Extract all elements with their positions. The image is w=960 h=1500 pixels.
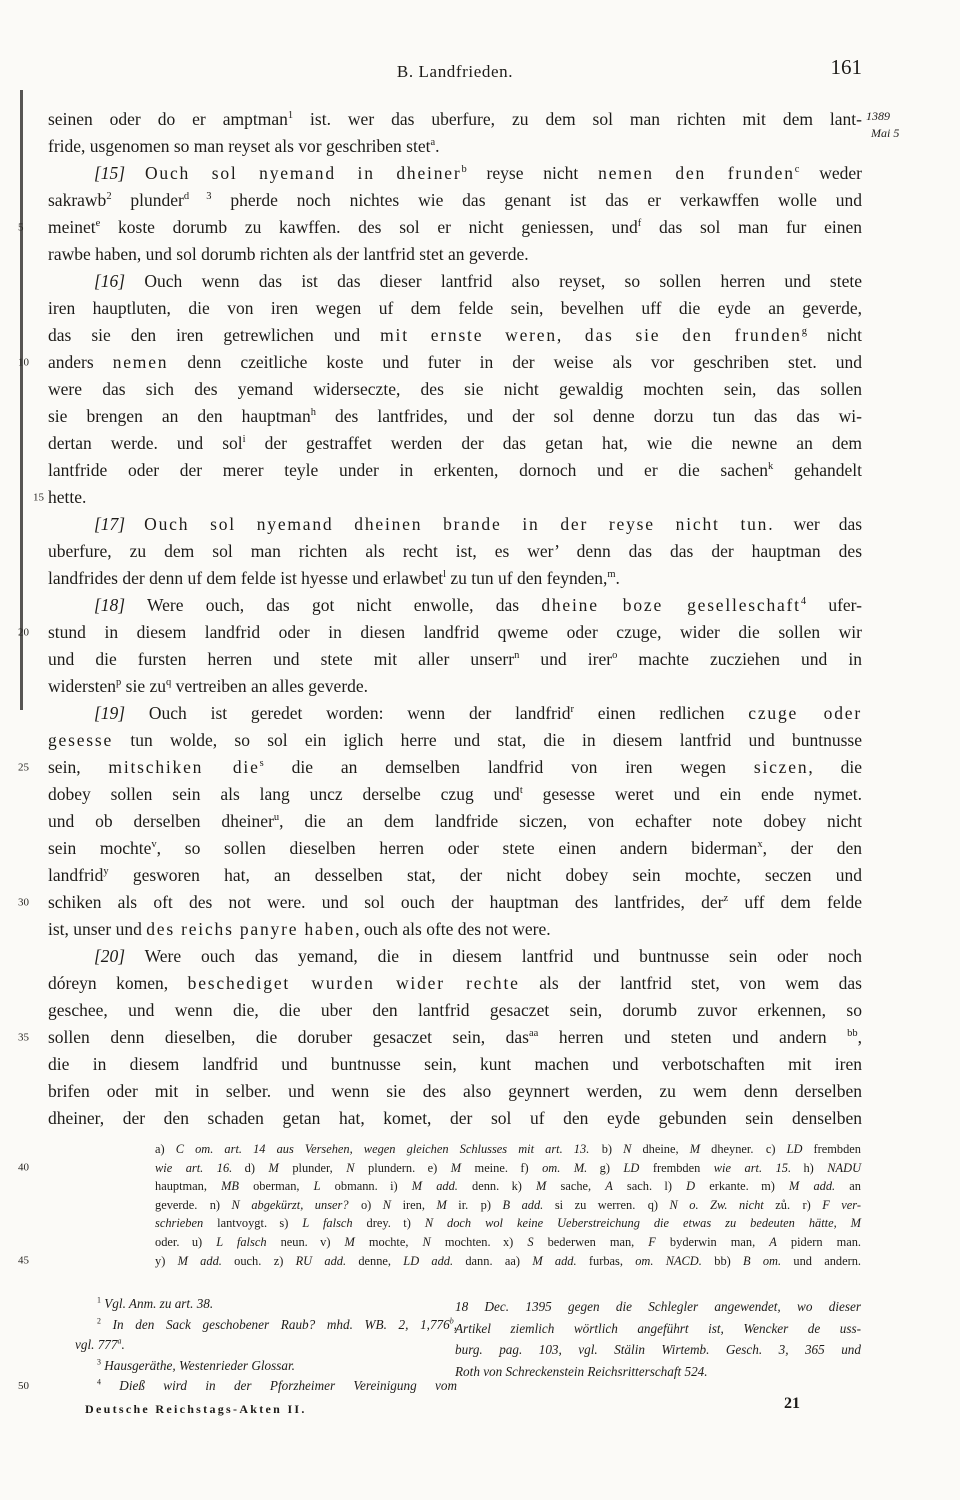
text-run: .	[121, 1337, 124, 1352]
text-run: LD	[787, 1142, 803, 1156]
text-run: des lantfrides, und der sol denne dorzu …	[316, 406, 862, 426]
text-run: o)	[349, 1198, 383, 1212]
text-run: Hausgeräthe, Westenrieder Glossar.	[101, 1358, 295, 1373]
text-run: sie brengen an den hauptman	[48, 406, 311, 426]
text-run: uberfure, zu dem sol man richten als rec…	[48, 541, 862, 561]
text-run: vertreiben an alles geverde.	[171, 676, 368, 696]
text-run: A	[769, 1235, 777, 1249]
text-run: der gestraffet werden der das getan hat,…	[246, 433, 862, 453]
text-run: ist. wer das uberfure, zu dem sol man ri…	[293, 109, 862, 129]
text-line: 10anders nemen denn czeitliche koste und…	[48, 349, 862, 376]
text-run: ir. p)	[447, 1198, 503, 1212]
text-line: oder. u) L falsch neun. v) M mochte, N m…	[155, 1233, 861, 1252]
text-run: mochten. x)	[431, 1235, 528, 1249]
text-run: nicht	[807, 325, 862, 345]
text-run: plundern. e)	[355, 1161, 451, 1175]
text-run: d)	[232, 1161, 268, 1175]
text-run: sein mochte	[48, 838, 151, 858]
text-run: Vgl. Anm. zu art. 38.	[101, 1296, 213, 1311]
series-signature: Deutsche Reichstags-Akten II.	[85, 1402, 307, 1417]
text-run: einen redlichen	[574, 703, 748, 723]
text-run: dertan werde. und sol	[48, 433, 243, 453]
text-run: a)	[155, 1142, 176, 1156]
text-run: [16]	[94, 271, 125, 291]
text-run: g)	[587, 1161, 623, 1175]
text-run: lantfride oder der merer teyle under in …	[48, 460, 768, 480]
text-run: und die fursten herren und stete mit all…	[48, 649, 514, 669]
text-line: brifen oder mit in selber. und wenn sie …	[48, 1078, 862, 1105]
text-run: mit ernste weren, das sie den frunden	[380, 325, 802, 345]
text-run: , ouch als ofte des not were.	[355, 919, 550, 939]
text-run: byderwin man,	[656, 1235, 769, 1249]
line-number: 45	[18, 1252, 44, 1271]
main-text: seinen oder do er amptman1 ist. wer das …	[48, 106, 862, 1132]
text-line: 2 In den Sack geschobener Raub? mhd. WB.…	[75, 1315, 457, 1336]
text-run: ,	[858, 1027, 862, 1047]
text-run: sakrawb	[48, 190, 106, 210]
text-run: L falsch	[302, 1216, 352, 1230]
text-run	[125, 163, 145, 183]
footnote-mark: aa	[529, 1028, 538, 1039]
text-line: landfrides der denn uf dem felde ist hye…	[48, 565, 862, 592]
line-number: 5	[18, 214, 44, 241]
text-run: frembden	[639, 1161, 713, 1175]
text-run: wie art. 16.	[155, 1161, 232, 1175]
text-run: als der lantfrid stet, von wem das	[520, 973, 862, 993]
text-run: sie zu	[121, 676, 166, 696]
line-number: 30	[18, 889, 44, 916]
text-run: wer das	[774, 514, 862, 534]
text-line: und die fursten herren und stete mit all…	[48, 646, 862, 673]
text-run: schiken als oft des not were. und sol ou…	[48, 892, 723, 912]
text-run: brifen oder mit in selber. und wenn sie …	[48, 1081, 862, 1101]
text-line: uberfure, zu dem sol man richten als rec…	[48, 538, 862, 565]
text-line: sakrawb2 plunderd 3 pherde noch nichtes …	[48, 187, 862, 214]
line-number: 20	[18, 619, 44, 646]
text-run: frembden	[802, 1142, 861, 1156]
text-run: drey. t)	[353, 1216, 425, 1230]
text-run: zu tun uf den feynden,	[446, 568, 607, 588]
text-run: pidern man.	[777, 1235, 861, 1249]
text-run: M	[451, 1161, 461, 1175]
footnotes-left-column: 1 Vgl. Anm. zu art. 38.2 In den Sack ges…	[75, 1294, 457, 1397]
text-line: seinen oder do er amptman1 ist. wer das …	[48, 106, 862, 133]
text-line: sein mochtev, so sollen dieselben herren…	[48, 835, 862, 862]
text-line: Artikel ziemlich wörtlich angeführt ist,…	[455, 1318, 861, 1340]
text-line: die in diesem landfrid und buntnusse sei…	[48, 1051, 862, 1078]
text-run: M add.	[789, 1179, 835, 1193]
text-run: si zu werren. q)	[543, 1198, 669, 1212]
text-run: die an demselben landfrid von iren wegen	[264, 757, 754, 777]
text-run: ist, unser und	[48, 919, 146, 939]
text-run: Ouch wenn das ist das dieser lantfrid al…	[125, 271, 862, 291]
text-run: fride, usgenomen so man reyset als vor g…	[48, 136, 430, 156]
text-run: dheine boze geselleschaft	[541, 595, 801, 615]
text-run: Were ouch das yemand, die in diesem lant…	[125, 946, 862, 966]
text-run: gesesse weret und ein ende nymet.	[523, 784, 862, 804]
text-line: 30schiken als oft des not were. und sol …	[48, 889, 862, 916]
running-title: B. Landfrieden.	[48, 62, 862, 82]
text-run: tun wolde, so sol ein iglich herre und s…	[113, 730, 862, 750]
text-run: B add.	[503, 1198, 544, 1212]
text-run: In den Sack geschobener Raub? mhd. WB. 2…	[101, 1317, 450, 1332]
text-run: furbas,	[577, 1254, 636, 1268]
text-run: M	[536, 1179, 546, 1193]
text-run: die in diesem landfrid und buntnusse sei…	[48, 1054, 862, 1074]
text-line: 40wie art. 16. d) M plunder, N plundern.…	[155, 1159, 861, 1178]
text-line: 1 Vgl. Anm. zu art. 38.	[75, 1294, 457, 1315]
text-run: anders	[48, 352, 113, 372]
text-run: M add.	[412, 1179, 458, 1193]
text-line: 3 Hausgeräthe, Westenrieder Glossar.	[75, 1356, 457, 1377]
text-run: plunder	[112, 190, 184, 210]
text-run: vgl. 777	[75, 1337, 118, 1352]
text-run: LD add.	[403, 1254, 453, 1268]
text-run: N	[383, 1198, 391, 1212]
text-run: stund in diesem landfrid oder in diesen …	[48, 622, 862, 642]
footnote-mark: bb	[847, 1028, 858, 1039]
text-run: machte zucziehen und in	[617, 649, 862, 669]
text-run: ufer-	[806, 595, 862, 615]
text-line: [17] Ouch sol nyemand dheinen brande in …	[48, 511, 862, 538]
text-run: M	[268, 1161, 278, 1175]
text-line: 35sollen denn dieselben, die doruber ges…	[48, 1024, 862, 1051]
text-run: N	[346, 1161, 354, 1175]
text-run: Roth von Schreckenstein Reichsritterscha…	[455, 1364, 708, 1379]
text-line: 15hette.	[48, 484, 862, 511]
text-run: und andern.	[781, 1254, 861, 1268]
page-number: 161	[802, 55, 862, 80]
line-number: 50	[18, 1376, 44, 1397]
text-run: D	[686, 1179, 695, 1193]
text-run: Artikel ziemlich wörtlich angeführt ist,…	[455, 1321, 861, 1336]
line-number: 35	[18, 1024, 44, 1051]
text-run: iren hauptluten, die von iren wegen uf d…	[48, 298, 862, 318]
text-line: geverde. n) N abgekürzt, unser? o) N ire…	[155, 1196, 861, 1215]
text-line: fride, usgenomen so man reyset als vor g…	[48, 133, 862, 160]
text-run: Ouch ist geredet worden: wenn der landfr…	[125, 703, 570, 723]
text-run: C om. art. 14 aus Versehen, wegen gleich…	[176, 1142, 590, 1156]
text-run: N	[423, 1235, 431, 1249]
line-number: 10	[18, 349, 44, 376]
text-run: uff dem felde	[728, 892, 862, 912]
text-run: [19]	[94, 703, 125, 723]
text-run: Dieß wird in der Pforzheimer Vereinigung…	[101, 1378, 457, 1393]
text-run: obmann. i)	[321, 1179, 412, 1193]
text-run: oberman,	[239, 1179, 314, 1193]
line-number: 40	[18, 1159, 44, 1178]
text-run: b)	[589, 1142, 623, 1156]
text-run: N doch wol keine Ueberstreichung die etw…	[425, 1216, 837, 1230]
text-run: erkante. m)	[695, 1179, 789, 1193]
text-run: bederwen man,	[534, 1235, 649, 1249]
text-run: und ob derselben dheiner	[48, 811, 274, 831]
text-line: sie brengen an den hauptmanh des lantfri…	[48, 403, 862, 430]
text-run: nemen den frunden	[598, 163, 795, 183]
text-run: herren und steten und andern	[538, 1027, 847, 1047]
text-run: mochte,	[355, 1235, 423, 1249]
text-line: 5meinete koste dorumb zu kawffen. des so…	[48, 214, 862, 241]
text-run	[125, 514, 144, 534]
text-line: schrieben lantvoygt. s) L falsch drey. t…	[155, 1214, 861, 1233]
text-run: dann. aa)	[453, 1254, 532, 1268]
text-line: vgl. 777a.	[75, 1335, 457, 1356]
text-run: siczen	[754, 757, 809, 777]
text-line: 18 Dec. 1395 gegen die Schlegler angewen…	[455, 1296, 861, 1318]
text-run: ouch. z)	[222, 1254, 296, 1268]
text-run: und irer	[519, 649, 612, 669]
text-run: N o. Zw. nicht	[670, 1198, 764, 1212]
text-run: 18 Dec. 1395 gegen die Schlegler angewen…	[455, 1299, 861, 1314]
text-run: seinen oder do er amptman	[48, 109, 288, 129]
text-line: iren hauptluten, die von iren wegen uf d…	[48, 295, 862, 322]
text-run: dheiner, der den schaden getan hat, kome…	[48, 1108, 862, 1128]
text-line: burg. pag. 103, vgl. Stälin Wirtemb. Ges…	[455, 1339, 861, 1361]
text-line: lantfride oder der merer teyle under in …	[48, 457, 862, 484]
text-run: pherde noch nichtes wie das genant ist d…	[211, 190, 862, 210]
scan-artifact-line	[20, 90, 23, 710]
text-run: koste dorumb zu kawffen. des sol er nich…	[100, 217, 637, 237]
text-run: [18]	[94, 595, 125, 615]
footnote-mark: m	[607, 569, 615, 580]
text-run: [17]	[94, 514, 125, 534]
line-number: 15	[18, 484, 44, 511]
sheet-number: 21	[755, 1395, 800, 1413]
footnotes-right-column: 18 Dec. 1395 gegen die Schlegler angewen…	[455, 1296, 861, 1382]
text-run: gesworen hat, an desselben stat, der nic…	[109, 865, 862, 885]
text-run: das sol man fur einen	[641, 217, 862, 237]
text-line: [19] Ouch ist geredet worden: wenn der l…	[48, 700, 862, 727]
text-run: weder	[799, 163, 862, 183]
text-run: widersten	[48, 676, 116, 696]
text-line: rawbe haben, und sol dorumb richten als …	[48, 241, 862, 268]
text-run: MB	[221, 1179, 239, 1193]
text-run: were das sich des yemand widerseczte, de…	[48, 379, 862, 399]
text-run: F	[648, 1235, 656, 1249]
text-line: 45y) M add. ouch. z) RU add. denne, LD a…	[155, 1252, 861, 1271]
text-run: oder. u)	[155, 1235, 216, 1249]
text-run: lantvoygt. s)	[203, 1216, 302, 1230]
text-run: M	[837, 1216, 861, 1230]
text-run: zů. r)	[764, 1198, 822, 1212]
text-run: nemen	[113, 352, 169, 372]
text-run: meinet	[48, 217, 96, 237]
text-run: sein,	[48, 757, 108, 777]
text-run: landfrides der denn uf dem felde ist hye…	[48, 568, 443, 588]
text-line: widerstenp sie zuq vertreiben an alles g…	[48, 673, 862, 700]
text-run: .	[616, 568, 620, 588]
text-run: beschediget wurden wider rechte	[188, 973, 520, 993]
text-run: geverde. n)	[155, 1198, 232, 1212]
text-run: .	[435, 136, 439, 156]
text-line: dobey sollen sein als lang uncz derselbe…	[48, 781, 862, 808]
text-run: sache,	[546, 1179, 605, 1193]
text-run: geschee, und wenn die, die uber den lant…	[48, 1000, 862, 1020]
text-line: 20stund in diesem landfrid oder in diese…	[48, 619, 862, 646]
text-line: were das sich des yemand widerseczte, de…	[48, 376, 862, 403]
text-run: das sie den iren getrewlichen und	[48, 325, 380, 345]
text-line: Roth von Schreckenstein Reichsritterscha…	[455, 1361, 861, 1383]
text-run: RU add.	[296, 1254, 346, 1268]
text-run: wie art. 15.	[714, 1161, 791, 1175]
text-run: om. M.	[542, 1161, 587, 1175]
text-run: N abgekürzt, unser?	[232, 1198, 349, 1212]
text-run: burg. pag. 103, vgl. Stälin Wirtemb. Ges…	[455, 1342, 861, 1357]
text-line: [15] Ouch sol nyemand in dheinerb reyse …	[48, 160, 862, 187]
critical-apparatus: a) C om. art. 14 aus Versehen, wegen gle…	[155, 1140, 861, 1270]
text-run: , die	[808, 757, 862, 777]
text-run: NADU	[827, 1161, 861, 1175]
text-run: sach. l)	[613, 1179, 686, 1193]
margin-date-day: Mai 5	[866, 125, 936, 142]
text-line: dóreyn komen, beschediget wurden wider r…	[48, 970, 862, 997]
text-run: sollen denn dieselben, die doruber gesac…	[48, 1027, 529, 1047]
text-line: ist, unser und des reichs panyre haben, …	[48, 916, 862, 943]
text-run: landfrid	[48, 865, 103, 885]
text-run: plunder,	[279, 1161, 346, 1175]
margin-date-year: 1389	[866, 108, 936, 125]
text-line: dertan werde. und soli der gestraffet we…	[48, 430, 862, 457]
text-run: A	[605, 1179, 613, 1193]
text-run: Were ouch, das got nicht enwolle, das	[125, 595, 541, 615]
text-line: a) C om. art. 14 aus Versehen, wegen gle…	[155, 1140, 861, 1159]
text-run: M	[436, 1198, 446, 1212]
text-run: F ver-	[822, 1198, 861, 1212]
text-run: gehandelt	[773, 460, 862, 480]
text-run: om. NACD.	[635, 1254, 702, 1268]
text-line: [20] Were ouch das yemand, die in diesem…	[48, 943, 862, 970]
text-line: [16] Ouch wenn das ist das dieser lantfr…	[48, 268, 862, 295]
text-run: [20]	[94, 946, 125, 966]
text-line: das sie den iren getrewlichen und mit er…	[48, 322, 862, 349]
text-run: neun. v)	[267, 1235, 345, 1249]
text-run: dheine,	[631, 1142, 689, 1156]
text-run: Ouch sol nyemand dheinen brande in der r…	[144, 514, 774, 534]
text-line: 25sein, mitschiken dies die an demselben…	[48, 754, 862, 781]
text-run: y)	[155, 1254, 178, 1268]
text-line: gesesse tun wolde, so sol ein iglich her…	[48, 727, 862, 754]
text-run: hette.	[48, 487, 86, 507]
text-run: M add.	[532, 1254, 576, 1268]
text-run: L falsch	[216, 1235, 266, 1249]
text-run: , der den	[763, 838, 862, 858]
margin-date-note: 1389 Mai 5	[866, 108, 936, 142]
text-line: dheiner, der den schaden getan hat, kome…	[48, 1105, 862, 1132]
text-run: iren,	[391, 1198, 436, 1212]
text-line: landfridy gesworen hat, an desselben sta…	[48, 862, 862, 889]
text-run: M	[690, 1142, 700, 1156]
text-run: , die an dem landfride siczen, von echaf…	[279, 811, 862, 831]
book-page: B. Landfrieden. 161 1389 Mai 5 seinen od…	[0, 0, 960, 1500]
text-line: und ob derselben dheineru, die an dem la…	[48, 808, 862, 835]
text-run: M	[345, 1235, 355, 1249]
text-run: dobey sollen sein als lang uncz derselbe…	[48, 784, 520, 804]
text-run: czuge oder	[748, 703, 862, 723]
text-run: denne,	[346, 1254, 403, 1268]
text-run: [15]	[94, 163, 125, 183]
text-run: Ouch sol nyemand in dheiner	[145, 163, 462, 183]
text-run: hauptman,	[155, 1179, 221, 1193]
text-run: meine. f)	[461, 1161, 542, 1175]
text-run: dóreyn komen,	[48, 973, 188, 993]
text-run: des reichs panyre haben	[146, 919, 355, 939]
text-run: gesesse	[48, 730, 113, 750]
text-run: denn. k)	[458, 1179, 536, 1193]
line-number: 25	[18, 754, 44, 781]
text-run: L	[314, 1179, 321, 1193]
text-line: [18] Were ouch, das got nicht enwolle, d…	[48, 592, 862, 619]
text-run: rawbe haben, und sol dorumb richten als …	[48, 244, 529, 264]
text-run: dheyner. c)	[700, 1142, 787, 1156]
text-run: mitschiken die	[108, 757, 259, 777]
text-run: M add.	[178, 1254, 222, 1268]
text-run: bb)	[702, 1254, 743, 1268]
text-run: denn czeitliche koste und futer in der w…	[168, 352, 862, 372]
text-run: LD	[623, 1161, 639, 1175]
text-line: 504 Dieß wird in der Pforzheimer Vereini…	[75, 1376, 457, 1397]
text-run: schrieben	[155, 1216, 203, 1230]
text-line: hauptman, MB oberman, L obmann. i) M add…	[155, 1177, 861, 1196]
text-run: an	[835, 1179, 861, 1193]
text-run: reyse nicht	[467, 163, 598, 183]
text-line: geschee, und wenn die, die uber den lant…	[48, 997, 862, 1024]
text-run: h)	[791, 1161, 827, 1175]
footnote-mark: d 3	[184, 191, 212, 202]
text-run: , so sollen dieselben herren oder stete …	[157, 838, 758, 858]
text-run: B om.	[743, 1254, 781, 1268]
